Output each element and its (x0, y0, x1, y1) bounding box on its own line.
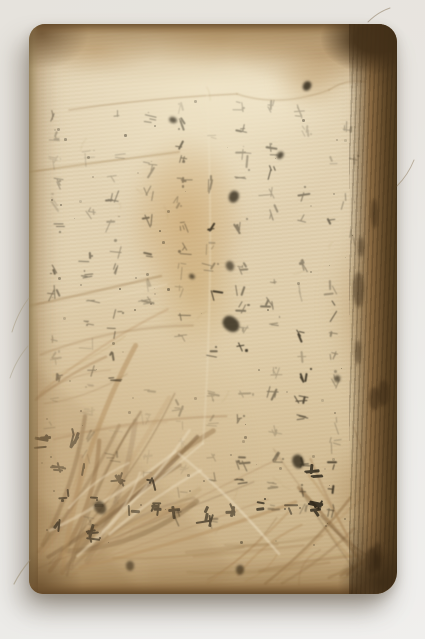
ink-stroke (118, 481, 121, 484)
ink-speck (302, 119, 305, 122)
ink-stroke (232, 110, 242, 111)
ink-stroke (44, 426, 56, 428)
ink-glyph (179, 219, 191, 232)
ink-stroke (217, 263, 219, 265)
ink-stroke (314, 505, 316, 507)
ink-stroke (105, 199, 113, 201)
ink-stroke (335, 379, 340, 389)
ink-stroke (50, 139, 61, 141)
ink-speck (41, 462, 43, 464)
ink-stroke (297, 106, 303, 116)
ink-stroke (52, 297, 53, 298)
ink-stroke (354, 157, 355, 165)
ink-stroke (301, 259, 305, 264)
ink-stroke (239, 267, 243, 275)
ink-stroke (151, 161, 152, 162)
ink-stroke (182, 225, 185, 230)
ink-speck (146, 273, 149, 276)
damage-vein (71, 477, 139, 577)
ink-stroke (302, 125, 306, 130)
ink-stroke (131, 510, 140, 514)
fibre-wisp (10, 346, 28, 378)
ink-stroke (178, 128, 180, 130)
ink-glyph-bold (93, 492, 109, 510)
paper-highlight-patch (195, 50, 345, 146)
ink-speck (58, 277, 61, 280)
ink-stroke (54, 136, 58, 141)
wrinkle-highlight (203, 90, 210, 444)
ink-stroke (236, 151, 247, 153)
ink-stroke (114, 496, 116, 502)
ink-stroke (207, 393, 219, 397)
ink-stroke (106, 175, 116, 178)
ink-stroke (237, 456, 245, 458)
ink-stroke (153, 508, 161, 511)
ink-stroke (51, 352, 57, 359)
ink-stroke (301, 487, 304, 497)
ink-stroke (182, 185, 184, 187)
ink-glyph (296, 103, 311, 120)
ink-stroke (181, 465, 188, 475)
ink-stroke (271, 508, 280, 510)
paper-fibre (130, 525, 134, 538)
ink-stroke (284, 505, 298, 507)
ink-stroke (238, 392, 251, 394)
ink-stroke (299, 262, 302, 265)
ink-stroke (234, 479, 243, 481)
ink-speck (242, 440, 245, 443)
ink-stroke (241, 304, 246, 313)
ink-glyph (206, 238, 217, 251)
ink-stroke (266, 146, 273, 149)
ink-stroke (271, 430, 275, 437)
ink-stroke (177, 509, 180, 517)
ink-stroke (267, 386, 272, 398)
ink-stroke (331, 352, 338, 355)
paper-fibre (51, 453, 57, 464)
ink-stroke (272, 369, 277, 375)
ink-stroke (271, 324, 279, 326)
ink-stroke (332, 285, 338, 294)
ink-stroke (91, 407, 93, 416)
ink-speck (256, 464, 257, 465)
ink-smudge (290, 453, 306, 470)
ink-stroke (313, 509, 320, 517)
ink-glyph (330, 328, 342, 342)
ink-glyph (330, 370, 343, 385)
spine-mottle (353, 272, 364, 307)
ink-stroke (183, 160, 185, 162)
ink-stroke (288, 507, 293, 515)
ink-stroke (179, 313, 182, 321)
ink-stroke (240, 128, 245, 129)
ink-glyph-bold (59, 486, 74, 503)
ink-stroke (274, 279, 276, 284)
ink-stroke (275, 429, 277, 435)
ink-stroke (237, 417, 242, 419)
ink-stroke (207, 135, 216, 136)
ink-stroke (56, 373, 58, 381)
ink-stroke (107, 457, 115, 458)
ink-stroke (143, 252, 152, 255)
ink-stroke (330, 442, 331, 454)
paper-fibre (119, 203, 121, 209)
ink-stroke (239, 302, 244, 308)
stain-large-center (125, 132, 247, 304)
ink-stroke (182, 156, 185, 163)
ink-stroke (84, 270, 85, 271)
ink-stroke (145, 186, 151, 196)
ink-stroke (274, 451, 279, 457)
ink-stroke (296, 330, 301, 337)
ink-stroke (298, 290, 302, 302)
ink-stroke (56, 461, 61, 472)
ink-stroke (301, 484, 303, 486)
ink-glyph-bold (53, 516, 67, 532)
ink-stroke (147, 166, 155, 178)
ink-stroke (208, 182, 212, 193)
ink-stroke (241, 460, 247, 471)
ink-stroke (212, 399, 214, 401)
corner-bottom-right-cap (337, 546, 397, 594)
ink-stroke (275, 391, 278, 398)
ink-speck (230, 454, 232, 456)
ink-stroke (152, 502, 161, 504)
ink-stroke (56, 289, 61, 297)
ink-stroke (206, 395, 214, 396)
ink-stroke (182, 246, 186, 251)
ink-stroke (117, 311, 122, 312)
ink-stroke (330, 332, 339, 334)
ink-stroke (90, 519, 92, 527)
ink-glyph (343, 120, 355, 133)
damage-texture-layer (29, 24, 397, 594)
ink-stroke (177, 140, 183, 150)
damage-vein (43, 416, 85, 545)
ink-glyph (86, 293, 100, 309)
ink-glyph (326, 215, 339, 231)
damage-vein (36, 357, 106, 400)
ink-speck (187, 474, 190, 477)
ink-stroke (273, 204, 278, 213)
ink-stroke (182, 177, 184, 183)
ink-stroke (327, 218, 332, 225)
ink-stroke (115, 265, 119, 275)
ink-stroke (117, 110, 118, 117)
ink-speck (51, 199, 53, 201)
ink-stroke (150, 164, 153, 174)
ink-glyph (108, 422, 122, 439)
ink-glyph (330, 300, 345, 317)
ink-stroke (71, 428, 75, 436)
wrinkle-highlight (124, 443, 203, 509)
ink-glyph (301, 124, 312, 137)
ink-stroke (266, 482, 276, 485)
ink-speck (80, 410, 82, 412)
ink-stroke (273, 100, 275, 105)
ink-glyph (177, 483, 190, 498)
ink-stroke (151, 191, 154, 201)
ink-stroke (84, 408, 90, 410)
ink-glyph (296, 407, 308, 421)
spine-mottle (378, 380, 389, 406)
ink-stroke (268, 431, 281, 434)
damage-vein (300, 490, 360, 578)
ink-speck (154, 293, 156, 295)
ink-stroke (341, 201, 344, 209)
spine-mottle (358, 237, 364, 257)
ink-stroke (310, 464, 314, 474)
ink-stroke (53, 522, 58, 529)
ink-stroke (309, 501, 323, 506)
damage-vein (51, 487, 169, 578)
ink-stroke (86, 537, 100, 541)
ink-speck (189, 490, 191, 492)
ink-stroke (268, 482, 274, 483)
ink-stroke (275, 367, 280, 379)
ink-speck (159, 230, 161, 232)
ink-glyph (113, 237, 127, 253)
ink-glyph (207, 343, 221, 359)
ink-stroke (209, 520, 218, 522)
stain-bottom-right (321, 444, 397, 544)
ink-speck (53, 490, 55, 492)
ink-stroke (270, 143, 272, 152)
ink-stroke (298, 331, 304, 333)
ink-stroke (312, 475, 323, 477)
stain-center-lower (151, 232, 243, 356)
ink-stroke (86, 529, 96, 532)
ink-glyph-bold (311, 490, 327, 508)
ink-stroke (99, 537, 101, 539)
damage-vein (62, 346, 136, 574)
damage-vein (38, 425, 119, 551)
ink-glyph (143, 449, 153, 461)
ink-stroke (235, 129, 242, 132)
ink-glyph (328, 503, 338, 515)
ink-stroke (301, 351, 304, 363)
ink-stroke (235, 224, 239, 231)
ink-stroke (59, 497, 68, 500)
ink-speck (122, 351, 124, 353)
ink-stroke (302, 130, 307, 137)
ink-glyph (297, 281, 311, 297)
ink-glyph (85, 404, 97, 418)
ink-glyph (330, 414, 343, 429)
ink-stroke (311, 474, 323, 477)
ink-stroke (327, 219, 335, 221)
ink-stroke (122, 312, 124, 314)
ink-stroke (238, 342, 243, 352)
ink-glyph (49, 414, 62, 429)
ink-stroke (239, 390, 244, 398)
ink-stroke (86, 429, 92, 440)
ink-stroke (241, 149, 243, 160)
damage-vein (321, 516, 392, 569)
ink-speck (352, 235, 353, 236)
ink-stroke (93, 209, 95, 215)
ink-speck (108, 542, 109, 543)
bottom-edge-rim (29, 582, 397, 594)
ink-stroke (297, 193, 310, 196)
ink-glyph (207, 131, 220, 145)
ink-stroke (274, 452, 280, 461)
damage-ridge (113, 547, 243, 558)
ink-stroke (118, 216, 120, 218)
ink-stroke (349, 229, 352, 238)
ink-stroke (180, 288, 185, 298)
ink-stroke (178, 103, 180, 105)
ink-speck (87, 156, 90, 159)
ink-glyph (236, 217, 249, 232)
ink-glyph (300, 498, 313, 513)
ink-stroke (237, 414, 238, 423)
damage-ridge (260, 554, 372, 571)
ink-stroke (111, 431, 116, 438)
ink-stroke (357, 155, 359, 157)
ink-stroke (268, 188, 274, 198)
ink-glyph (50, 284, 64, 300)
ink-smudge (275, 150, 285, 160)
ink-stroke (87, 384, 94, 386)
ink-stroke (66, 488, 68, 496)
ink-stroke (59, 180, 61, 182)
damage-vein (67, 412, 141, 576)
ink-glyph-bold (87, 522, 102, 539)
ink-glyph-bold (69, 428, 83, 444)
ink-glyph (180, 438, 191, 450)
ink-stroke (116, 451, 118, 458)
ink-glyph (328, 153, 339, 165)
ink-glyph (86, 511, 99, 526)
ink-glyph-bold (149, 498, 162, 513)
ink-stroke (329, 437, 331, 443)
ink-speck (341, 368, 342, 369)
damage-vein (88, 509, 182, 565)
ink-glyph (300, 209, 312, 222)
ink-glyph (177, 329, 188, 341)
ink-glyph (328, 280, 342, 296)
ink-glyph (141, 409, 153, 422)
ink-glyph-bold (127, 498, 141, 514)
ink-stroke (209, 350, 217, 352)
ink-glyph (270, 363, 283, 378)
damage-wash-path (29, 494, 139, 594)
ink-stroke (56, 226, 65, 227)
ink-stroke (182, 421, 184, 430)
ink-stroke (239, 462, 251, 465)
ink-speck (279, 467, 282, 470)
damage-vein (40, 309, 168, 393)
ink-stroke (84, 321, 89, 322)
ink-speck (297, 282, 300, 285)
ink-glyph (300, 182, 314, 198)
ink-stroke (213, 454, 215, 456)
ink-stroke (209, 223, 216, 233)
ink-speck (275, 158, 276, 159)
ink-glyph (177, 460, 190, 474)
ink-stroke (176, 196, 178, 203)
ink-stroke (240, 152, 252, 154)
paper-fibre (81, 138, 87, 150)
ink-smudge (335, 375, 341, 382)
ink-stroke (148, 112, 149, 113)
ink-stroke (78, 261, 89, 263)
ink-glyph-bold (115, 468, 130, 485)
ink-stroke (333, 439, 341, 441)
ink-stroke (128, 505, 130, 516)
fibre-wisp (12, 298, 29, 332)
ink-stroke (173, 511, 181, 513)
ink-stroke (107, 328, 116, 329)
damage-vein (327, 530, 369, 575)
ink-stroke (208, 515, 211, 527)
ink-stroke (90, 496, 98, 499)
ink-speck (50, 456, 52, 458)
ink-stroke (180, 467, 188, 470)
ink-stroke (178, 263, 180, 269)
ink-stroke (54, 138, 60, 140)
ink-stroke (237, 344, 245, 346)
ink-stroke (188, 467, 189, 468)
ink-glyph (144, 183, 158, 199)
ink-stroke (208, 515, 214, 528)
ink-speck (344, 518, 346, 520)
ink-stroke (114, 239, 117, 242)
ink-stroke (211, 245, 215, 250)
ink-glyph (82, 251, 94, 264)
ink-stroke (310, 133, 312, 135)
ink-stroke (86, 324, 88, 326)
ink-stroke (334, 370, 336, 372)
damage-vein (50, 441, 99, 571)
ink-speck (325, 525, 327, 527)
ink-stroke (235, 176, 247, 179)
ink-stroke (206, 425, 217, 427)
ink-stroke (299, 395, 309, 398)
ink-glyph (84, 318, 94, 330)
damage-ridge (225, 536, 321, 545)
ink-stroke (240, 269, 249, 271)
ink-speck (54, 129, 56, 131)
ink-glyph (178, 174, 191, 189)
ink-stroke (149, 477, 154, 484)
ink-stroke (204, 506, 209, 513)
ink-glyph (175, 137, 186, 150)
ink-stroke (58, 375, 63, 377)
damage-vein (354, 427, 378, 565)
ink-glyph (237, 341, 247, 353)
ink-stroke (298, 284, 300, 294)
ink-stroke (300, 503, 307, 514)
ink-stroke (50, 113, 55, 121)
ink-stroke (238, 266, 244, 268)
ink-stroke (211, 290, 215, 301)
ink-stroke (352, 234, 356, 245)
ink-stroke (181, 179, 187, 181)
damage-vein (87, 421, 135, 561)
ink-speck (128, 411, 131, 414)
damage-ridge (194, 546, 303, 557)
damage-vein (208, 518, 277, 580)
ink-stroke (208, 179, 210, 192)
ink-smudge (168, 116, 178, 124)
ink-stroke (51, 110, 54, 117)
damage-vein (274, 449, 382, 570)
ink-stroke (336, 417, 337, 423)
ink-stroke (206, 457, 214, 459)
ink-stroke (241, 102, 244, 112)
